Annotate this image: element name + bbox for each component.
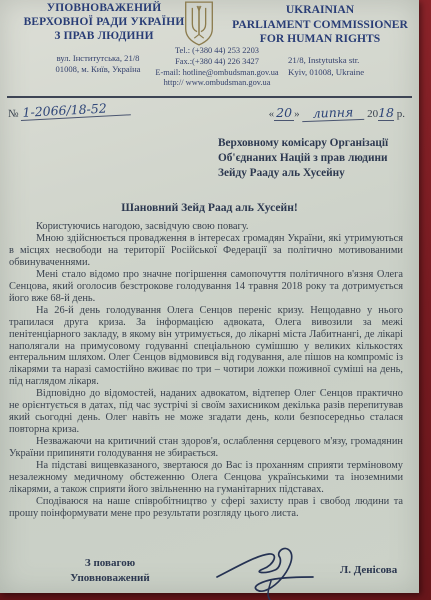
- date-year-handwritten: 18: [378, 105, 394, 121]
- letter-paper: УПОВНОВАЖЕНИЙ ВЕРХОВНОЇ РАДИ УКРАЇНИ З П…: [0, 0, 419, 593]
- reference-number: № 1-2066/18-52: [8, 105, 131, 121]
- address-en-line: Kyiv, 01008, Ukraine: [288, 67, 408, 79]
- reference-number-handwritten: 1-2066/18-52: [20, 99, 131, 121]
- org-title-en-line: FOR HUMAN RIGHTS: [224, 32, 416, 47]
- salutation: Шановний Зейд Раад аль Хусейн!: [10, 201, 409, 214]
- letter-photo: УПОВНОВАЖЕНИЙ ВЕРХОВНОЇ РАДИ УКРАЇНИ З П…: [0, 0, 431, 600]
- email-line: E-mail: hotline@ombudsman.gov.ua: [150, 68, 284, 79]
- org-title-ukrainian: УПОВНОВАЖЕНИЙ ВЕРХОВНОЇ РАДИ УКРАЇНИ З П…: [6, 1, 202, 43]
- addressee-line: Верховному комісару Організації: [218, 136, 414, 151]
- fax-line: Fax.:(+380 44) 226 3427: [150, 57, 284, 68]
- website-line: http:// www.ombudsman.gov.ua: [150, 78, 284, 89]
- org-title-english: UKRAINIAN PARLIAMENT COMMISSIONER FOR HU…: [224, 3, 416, 47]
- ukraine-trident-emblem-icon: [180, 0, 218, 52]
- paragraph: Мною здійснюється провадження в інтереса…: [9, 233, 403, 269]
- phone-line: Tel.: (+380 44) 253 2203: [150, 46, 284, 57]
- date-day-handwritten: 20: [274, 105, 294, 121]
- signoff-respect: З повагою: [40, 556, 180, 571]
- address-ua-line: вул. Інститутська, 21/8: [28, 53, 168, 64]
- date-year-printed: 20: [367, 108, 378, 120]
- date-close-quote: »: [294, 108, 300, 120]
- paragraph: На підставі вищевказаного, звертаюся до …: [9, 460, 403, 496]
- addressee-block: Верховному комісару Організації Об'єднан…: [218, 136, 414, 182]
- signoff-block: З повагою Уповноважений: [40, 556, 180, 586]
- org-title-en-line: UKRAINIAN: [224, 3, 416, 18]
- addressee-line: Об'єднаних Націй з прав людини: [218, 151, 414, 166]
- date-month-handwritten: липня: [302, 104, 365, 122]
- address-en-line: 21/8, Instytutska str.: [288, 55, 408, 67]
- paragraph: Сподіваюся на наше співробітництво у сфе…: [9, 496, 403, 520]
- date-era: р.: [397, 108, 405, 120]
- address-ukrainian: вул. Інститутська, 21/8 01008, м. Київ, …: [28, 53, 168, 75]
- paragraph: Користуючись нагодою, засвідчую свою пов…: [9, 221, 403, 233]
- paragraph: На 26-й день голодування Олега Сенцов пе…: [9, 305, 403, 389]
- address-ua-line: 01008, м. Київ, Україна: [28, 64, 168, 75]
- paragraph: Незважаючи на критичний стан здоров'я, о…: [9, 436, 403, 460]
- address-english: 21/8, Instytutska str. Kyiv, 01008, Ukra…: [288, 55, 408, 78]
- org-title-ua-line: УПОВНОВАЖЕНИЙ: [6, 1, 202, 15]
- paragraph: Мені стало відомо про значне погіршення …: [9, 269, 403, 305]
- org-title-ua-line: ВЕРХОВНОЇ РАДИ УКРАЇНИ: [6, 15, 202, 29]
- reference-line: № 1-2066/18-52 «20» липня 2018 р.: [8, 103, 411, 123]
- paragraph: Відповідно до відомостей, наданих адвока…: [9, 388, 403, 436]
- signatory-name: Л. Денісова: [340, 564, 397, 576]
- signoff-title: Уповноважений: [40, 571, 180, 586]
- org-title-ua-line: З ПРАВ ЛЮДИНИ: [6, 29, 202, 43]
- addressee-line: Зейду Рааду аль Хусейну: [218, 166, 414, 181]
- org-title-en-line: PARLIAMENT COMMISSIONER: [224, 18, 416, 33]
- date-block: «20» липня 2018 р.: [269, 105, 405, 121]
- number-sign: №: [8, 108, 19, 120]
- letterhead-divider: [7, 96, 412, 98]
- handwritten-signature-icon: [213, 543, 321, 600]
- letter-body: Користуючись нагодою, засвідчую свою пов…: [9, 221, 403, 520]
- contact-block: Tel.: (+380 44) 253 2203 Fax.:(+380 44) …: [150, 46, 284, 89]
